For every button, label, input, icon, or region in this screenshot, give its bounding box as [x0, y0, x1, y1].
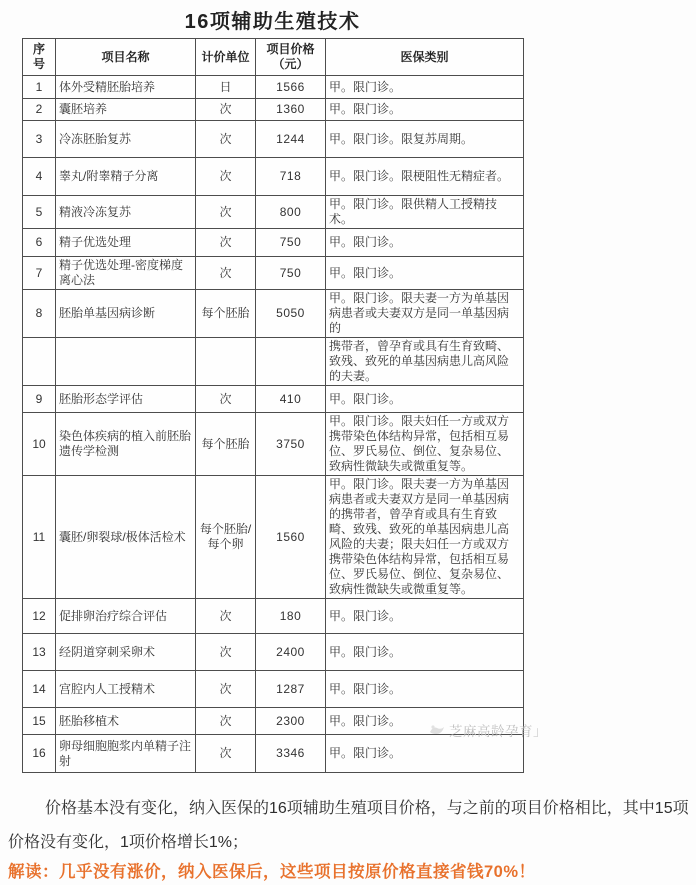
row-no: 10	[23, 413, 56, 476]
header-name: 项目名称	[56, 39, 196, 76]
header-no: 序 号	[23, 39, 56, 76]
row-name: 冷冻胚胎复苏	[56, 121, 196, 158]
row-price: 2300	[256, 708, 326, 735]
row-name: 卵母细胞胞浆内单精子注射	[56, 735, 196, 773]
table-row: 1体外受精胚胎培养日1566甲。限门诊。	[23, 76, 524, 99]
row-category: 甲。限门诊。	[326, 229, 524, 257]
row-category: 携带者，曾孕育或具有生育致畸、致残、致死的单基因病患儿高风险的夫妻。	[326, 338, 524, 386]
row-unit: 次	[196, 671, 256, 708]
row-price: 3750	[256, 413, 326, 476]
row-name: 体外受精胚胎培养	[56, 76, 196, 99]
row-unit: 每个胚胎	[196, 413, 256, 476]
reproductive-tech-price-table: 序 号 项目名称 计价单位 项目价格 （元） 医保类别 1体外受精胚胎培养日15…	[22, 38, 524, 773]
table-row: 9胚胎形态学评估次410甲。限门诊。	[23, 386, 524, 413]
row-unit: 次	[196, 257, 256, 290]
highlight-note: 解读：几乎没有涨价，纳入医保后，这些项目按原价格直接省钱70%！	[8, 858, 692, 882]
row-name: 精液冷冻复苏	[56, 196, 196, 229]
table-row: 携带者，曾孕育或具有生育致畸、致残、致死的单基因病患儿高风险的夫妻。	[23, 338, 524, 386]
row-no: 3	[23, 121, 56, 158]
row-name: 精子优选处理-密度梯度离心法	[56, 257, 196, 290]
table-header-row: 序 号 项目名称 计价单位 项目价格 （元） 医保类别	[23, 39, 524, 76]
table-row: 10染色体疾病的植入前胚胎遗传学检测每个胚胎3750甲。限门诊。限夫妇任一方或双…	[23, 413, 524, 476]
row-unit: 次	[196, 386, 256, 413]
row-no: 4	[23, 158, 56, 196]
table-row: 2囊胚培养次1360甲。限门诊。	[23, 99, 524, 121]
row-price: 800	[256, 196, 326, 229]
row-name: 睾丸/附睾精子分离	[56, 158, 196, 196]
row-category: 甲。限门诊。限供精人工授精技术。	[326, 196, 524, 229]
watermark-text: 芝麻高龄孕育」	[449, 720, 547, 740]
table-row: 16卵母细胞胞浆内单精子注射次3346甲。限门诊。	[23, 735, 524, 773]
row-price: 410	[256, 386, 326, 413]
row-category: 甲。限门诊。	[326, 257, 524, 290]
row-price	[256, 338, 326, 386]
row-no: 16	[23, 735, 56, 773]
row-name: 染色体疾病的植入前胚胎遗传学检测	[56, 413, 196, 476]
row-price: 1360	[256, 99, 326, 121]
row-price: 1287	[256, 671, 326, 708]
row-category: 甲。限门诊。限梗阻性无精症者。	[326, 158, 524, 196]
row-category: 甲。限门诊。限夫妻一方为单基因病患者或夫妻双方是同一单基因病的	[326, 290, 524, 338]
row-category: 甲。限门诊。	[326, 634, 524, 671]
row-unit: 次	[196, 735, 256, 773]
row-price: 718	[256, 158, 326, 196]
header-unit: 计价单位	[196, 39, 256, 76]
row-unit: 每个胚胎/每个卵	[196, 476, 256, 599]
row-name: 囊胚/卵裂球/极体活检术	[56, 476, 196, 599]
row-price: 750	[256, 229, 326, 257]
row-unit: 次	[196, 99, 256, 121]
row-unit: 次	[196, 121, 256, 158]
watermark: 芝麻高龄孕育」	[428, 720, 547, 740]
row-category: 甲。限门诊。限夫妻一方为单基因病患者或夫妻双方是同一单基因病的携带者，曾孕育或具…	[326, 476, 524, 599]
row-price: 1244	[256, 121, 326, 158]
table-row: 14宫腔内人工授精术次1287甲。限门诊。	[23, 671, 524, 708]
row-no: 14	[23, 671, 56, 708]
row-no: 15	[23, 708, 56, 735]
row-no: 1	[23, 76, 56, 99]
row-price: 180	[256, 599, 326, 634]
row-unit: 次	[196, 229, 256, 257]
row-name: 胚胎移植术	[56, 708, 196, 735]
table-row: 3冷冻胚胎复苏次1244甲。限门诊。限复苏周期。	[23, 121, 524, 158]
row-name: 囊胚培养	[56, 99, 196, 121]
table-header: 序 号 项目名称 计价单位 项目价格 （元） 医保类别	[23, 39, 524, 76]
row-name: 胚胎形态学评估	[56, 386, 196, 413]
row-name: 精子优选处理	[56, 229, 196, 257]
row-unit: 次	[196, 708, 256, 735]
row-no: 2	[23, 99, 56, 121]
row-unit: 每个胚胎	[196, 290, 256, 338]
table-row: 13经阴道穿刺采卵术次2400甲。限门诊。	[23, 634, 524, 671]
row-category: 甲。限门诊。限夫妇任一方或双方携带染色体结构异常，包括相互易位、罗氏易位、倒位、…	[326, 413, 524, 476]
header-price: 项目价格 （元）	[256, 39, 326, 76]
header-category: 医保类别	[326, 39, 524, 76]
row-unit: 次	[196, 196, 256, 229]
row-name: 促排卵治疗综合评估	[56, 599, 196, 634]
row-price: 1560	[256, 476, 326, 599]
row-no: 8	[23, 290, 56, 338]
row-category: 甲。限门诊。	[326, 386, 524, 413]
table-row: 4睾丸/附睾精子分离次718甲。限门诊。限梗阻性无精症者。	[23, 158, 524, 196]
row-name	[56, 338, 196, 386]
row-name: 宫腔内人工授精术	[56, 671, 196, 708]
row-no: 7	[23, 257, 56, 290]
row-no: 5	[23, 196, 56, 229]
row-price: 5050	[256, 290, 326, 338]
row-category: 甲。限门诊。	[326, 671, 524, 708]
watermark-logo-icon	[428, 723, 446, 737]
row-category: 甲。限门诊。	[326, 76, 524, 99]
row-unit: 次	[196, 634, 256, 671]
row-unit: 次	[196, 158, 256, 196]
table-row: 12促排卵治疗综合评估次180甲。限门诊。	[23, 599, 524, 634]
row-unit	[196, 338, 256, 386]
row-category: 甲。限门诊。	[326, 99, 524, 121]
row-unit: 次	[196, 599, 256, 634]
row-no: 11	[23, 476, 56, 599]
table-row: 6精子优选处理次750甲。限门诊。	[23, 229, 524, 257]
table-row: 11囊胚/卵裂球/极体活检术每个胚胎/每个卵1560甲。限门诊。限夫妻一方为单基…	[23, 476, 524, 599]
row-price: 3346	[256, 735, 326, 773]
row-no: 9	[23, 386, 56, 413]
row-no: 12	[23, 599, 56, 634]
table-row: 8胚胎单基因病诊断每个胚胎5050甲。限门诊。限夫妻一方为单基因病患者或夫妻双方…	[23, 290, 524, 338]
row-no: 13	[23, 634, 56, 671]
row-no	[23, 338, 56, 386]
table-row: 7精子优选处理-密度梯度离心法次750甲。限门诊。	[23, 257, 524, 290]
table-body: 1体外受精胚胎培养日1566甲。限门诊。2囊胚培养次1360甲。限门诊。3冷冻胚…	[23, 76, 524, 773]
row-name: 胚胎单基因病诊断	[56, 290, 196, 338]
summary-paragraph: 价格基本没有变化，纳入医保的16项辅助生殖项目价格，与之前的项目价格相比，其中1…	[8, 792, 692, 860]
row-category: 甲。限门诊。	[326, 599, 524, 634]
row-price: 2400	[256, 634, 326, 671]
row-name: 经阴道穿刺采卵术	[56, 634, 196, 671]
row-no: 6	[23, 229, 56, 257]
row-category: 甲。限门诊。限复苏周期。	[326, 121, 524, 158]
row-price: 750	[256, 257, 326, 290]
page-title: 16项辅助生殖技术	[22, 5, 523, 34]
row-price: 1566	[256, 76, 326, 99]
row-category: 甲。限门诊。	[326, 735, 524, 773]
row-unit: 日	[196, 76, 256, 99]
table-row: 5精液冷冻复苏次800甲。限门诊。限供精人工授精技术。	[23, 196, 524, 229]
